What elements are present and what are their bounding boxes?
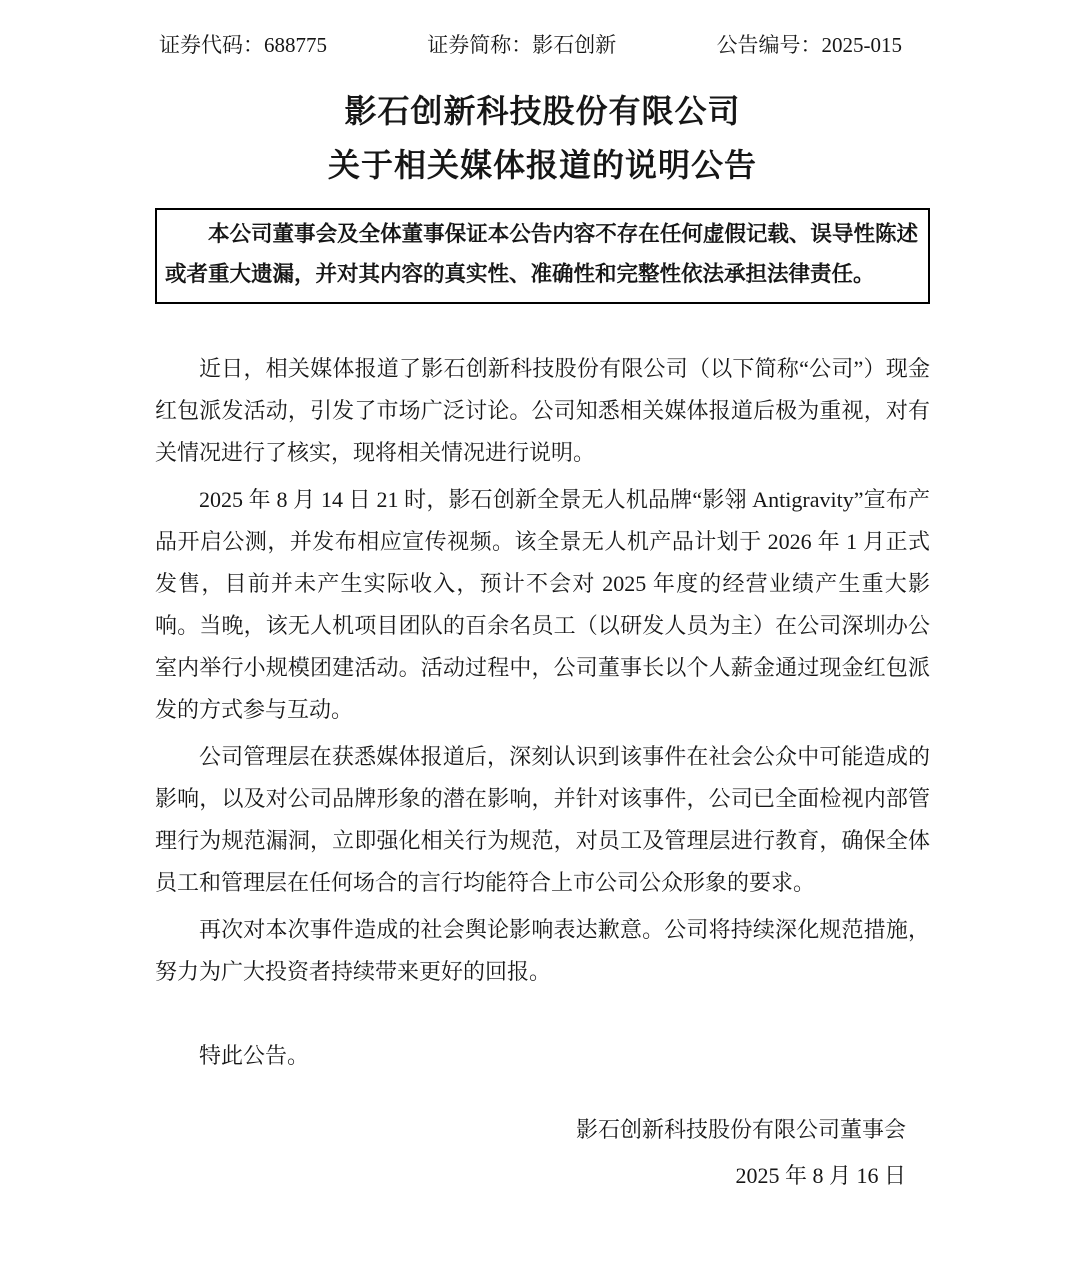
paragraph-1: 近日，相关媒体报道了影石创新科技股份有限公司（以下简称“公司”）现金红包派发活动…: [155, 348, 930, 474]
page: { "page": { "background": "#ffffff", "te…: [0, 0, 1080, 1263]
announcement-body: 近日，相关媒体报道了影石创新科技股份有限公司（以下简称“公司”）现金红包派发活动…: [155, 348, 930, 993]
closing-statement: 特此公告。: [155, 1035, 930, 1077]
signature-block: 影石创新科技股份有限公司董事会 2025 年 8 月 16 日: [155, 1107, 930, 1199]
stock-code: 证券代码：688775: [159, 32, 327, 58]
paragraph-4: 再次对本次事件造成的社会舆论影响表达歉意。公司将持续深化规范措施，努力为广大投资…: [155, 909, 930, 993]
securities-header: 证券代码：688775 证券简称：影石创新 公告编号：2025-015: [155, 32, 930, 58]
company-title: 影石创新科技股份有限公司: [155, 88, 930, 134]
announcement-title: 关于相关媒体报道的说明公告: [155, 142, 930, 188]
paragraph-2: 2025 年 8 月 14 日 21 时，影石创新全景无人机品牌“影翎 Anti…: [155, 479, 930, 731]
signature-date: 2025 年 8 月 16 日: [155, 1153, 906, 1199]
disclaimer-text: 本公司董事会及全体董事保证本公告内容不存在任何虚假记载、误导性陈述或者重大遗漏，…: [165, 214, 918, 294]
disclaimer-box: 本公司董事会及全体董事保证本公告内容不存在任何虚假记载、误导性陈述或者重大遗漏，…: [155, 208, 930, 304]
announcement-document: 证券代码：688775 证券简称：影石创新 公告编号：2025-015 影石创新…: [0, 0, 1080, 1263]
paragraph-3: 公司管理层在获悉媒体报道后，深刻认识到该事件在社会公众中可能造成的影响，以及对公…: [155, 736, 930, 904]
signature-issuer: 影石创新科技股份有限公司董事会: [155, 1107, 906, 1153]
announcement-number: 公告编号：2025-015: [717, 32, 903, 58]
stock-short-name: 证券简称：影石创新: [427, 32, 616, 58]
